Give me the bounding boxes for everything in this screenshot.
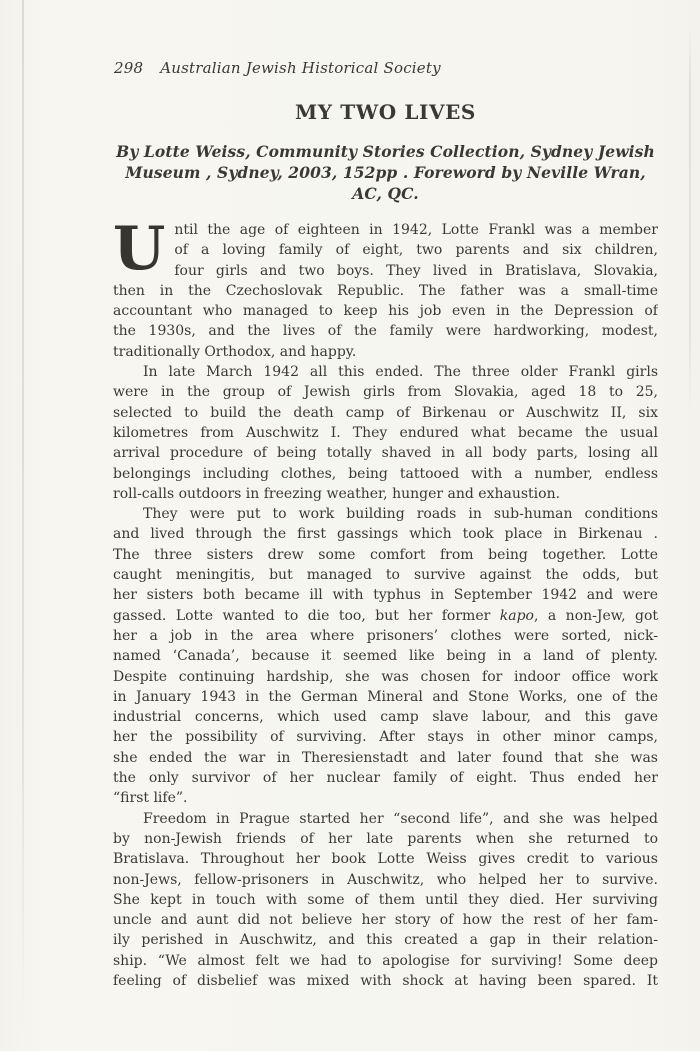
text-line: and lived through the first gassings whi… bbox=[113, 524, 658, 544]
paragraph: Freedom in Prague started her “second li… bbox=[113, 809, 658, 992]
text-line: her the possibility of surviving. After … bbox=[113, 727, 658, 747]
text-line: were in the group of Jewish girls from S… bbox=[113, 382, 658, 402]
text-line: In late March 1942 all this ended. The t… bbox=[113, 362, 658, 382]
text-line: caught meningitis, but managed to surviv… bbox=[113, 565, 658, 585]
byline: By Lotte Weiss, Community Stories Collec… bbox=[98, 141, 673, 204]
text-line: in January 1943 in the German Mineral an… bbox=[113, 687, 658, 707]
text-line: ship. “We almost felt we had to apologis… bbox=[113, 951, 658, 971]
text-line: four girls and two boys. They lived in B… bbox=[174, 261, 658, 281]
text-line: traditionally Orthodox, and happy. bbox=[113, 342, 658, 362]
article-title: MY TWO LIVES bbox=[113, 100, 658, 124]
text-line: “first life”. bbox=[113, 788, 658, 808]
page-number: 298 bbox=[114, 59, 143, 77]
text-line: She kept in touch with some of them unti… bbox=[113, 890, 658, 910]
text-line: named ‘Canada’, because it seemed like b… bbox=[113, 646, 658, 666]
text-line: Bratislava. Throughout her book Lotte We… bbox=[113, 849, 658, 869]
text-line: ntil the age of eighteen in 1942, Lotte … bbox=[174, 220, 658, 240]
byline-line-2: Museum , Sydney, 2003, 152pp . Foreword … bbox=[98, 162, 673, 183]
text-line: then in the Czechoslovak Republic. The f… bbox=[113, 281, 658, 301]
drop-cap: U bbox=[113, 220, 174, 278]
text-line: Freedom in Prague started her “second li… bbox=[113, 809, 658, 829]
running-header: 298Australian Jewish Historical Society bbox=[114, 59, 659, 77]
text-line: uncle and aunt did not believe her story… bbox=[113, 910, 658, 930]
paragraph: In late March 1942 all this ended. The t… bbox=[113, 362, 658, 504]
text-line: Despite continuing hardship, she was cho… bbox=[113, 667, 658, 687]
paragraph: They were put to work building roads in … bbox=[113, 504, 658, 808]
text-line: her a job in the area where prisoners’ c… bbox=[113, 626, 658, 646]
text-line: selected to build the death camp of Birk… bbox=[113, 403, 658, 423]
text-line: roll-calls outdoors in freezing weather,… bbox=[113, 484, 658, 504]
text-line: belongings including clothes, being tatt… bbox=[113, 464, 658, 484]
text-line: industrial concerns, which used camp sla… bbox=[113, 707, 658, 727]
byline-line-3: AC, QC. bbox=[98, 183, 673, 204]
text-line: her sisters both became ill with typhus … bbox=[113, 585, 658, 605]
text-line: the only survivor of her nuclear family … bbox=[113, 768, 658, 788]
text-line: ily perished in Auschwitz, and this crea… bbox=[113, 930, 658, 950]
italic-term: kapo bbox=[500, 608, 534, 624]
text-line: The three sisters drew some comfort from… bbox=[113, 545, 658, 565]
body-text: Until the age of eighteen in 1942, Lotte… bbox=[113, 220, 658, 991]
text-segment: gassed. Lotte wanted to die too, but her… bbox=[113, 608, 500, 624]
text-line: gassed. Lotte wanted to die too, but her… bbox=[113, 606, 658, 626]
text-line: she ended the war in Theresienstadt and … bbox=[113, 748, 658, 768]
scanned-page: 298Australian Jewish Historical Society … bbox=[0, 0, 700, 1051]
journal-title: Australian Jewish Historical Society bbox=[160, 59, 441, 77]
text-line: non-Jews, fellow-prisoners in Auschwitz,… bbox=[113, 870, 658, 890]
paragraph: Until the age of eighteen in 1942, Lotte… bbox=[113, 220, 658, 362]
text-line: kilometres from Auschwitz I. They endure… bbox=[113, 423, 658, 443]
scan-fold-line-right bbox=[689, 25, 691, 415]
scan-fold-line-left bbox=[22, 0, 24, 1035]
text-line: accountant who managed to keep his job e… bbox=[113, 301, 658, 321]
byline-line-1: By Lotte Weiss, Community Stories Collec… bbox=[98, 141, 673, 162]
text-line: of a loving family of eight, two parents… bbox=[174, 240, 658, 260]
text-line: arrival procedure of being totally shave… bbox=[113, 443, 658, 463]
text-line: They were put to work building roads in … bbox=[113, 504, 658, 524]
text-line: the 1930s, and the lives of the family w… bbox=[113, 321, 658, 341]
text-segment: , a non-Jew, got bbox=[534, 608, 658, 624]
text-line: by non-Jewish friends of her late parent… bbox=[113, 829, 658, 849]
text-line: feeling of disbelief was mixed with shoc… bbox=[113, 971, 658, 991]
